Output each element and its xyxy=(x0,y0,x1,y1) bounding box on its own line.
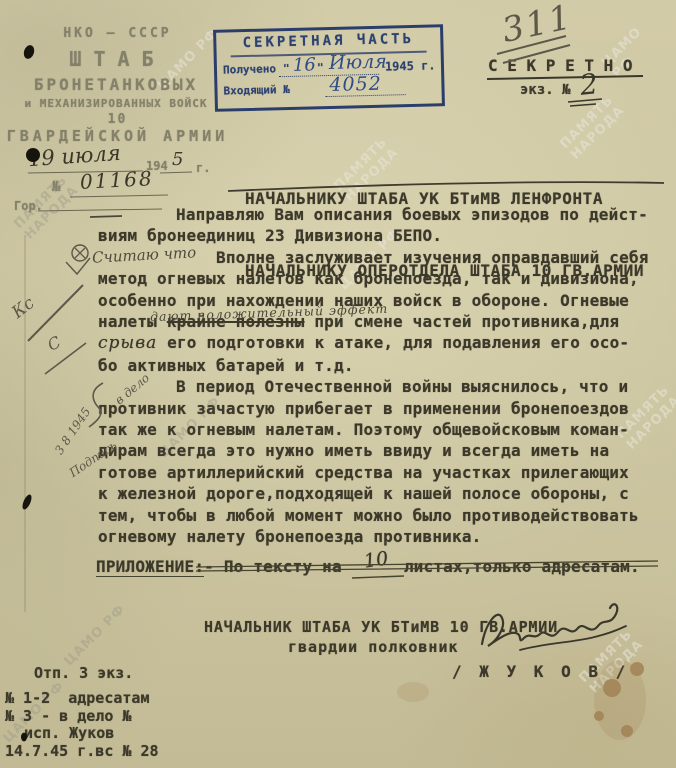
attachment-text-1: - По тексту на xyxy=(204,557,342,576)
circled-x-cross xyxy=(75,248,85,258)
body-line: метод огневых налетов как бронепоезда, т… xyxy=(98,268,660,289)
body-line: готове артиллерийский средства на участк… xyxy=(98,462,660,483)
letterhead-number-label: № xyxy=(52,179,60,195)
copy-number-handwritten: 2 xyxy=(578,67,599,102)
body-line: бо активных батарей и т.д. xyxy=(98,355,660,376)
stamp-title: СЕКРЕТНАЯ ЧАСТЬ xyxy=(216,30,440,51)
stain xyxy=(621,725,633,737)
signer-name-typed: / Ж У К О В / xyxy=(452,662,629,681)
secrecy-label: С Е К Р Е Т Н О xyxy=(488,56,633,75)
attachment-label: ПРИЛОЖЕНИЕ: xyxy=(96,557,204,577)
margin-mark-s: С xyxy=(44,332,64,355)
stamp-incoming-label: Входящий № xyxy=(223,83,290,98)
handwritten-word-sryva: срыва xyxy=(98,333,157,353)
watermark-pamyat: ПАМЯТЬ НАРОДА xyxy=(576,617,655,696)
letterhead-city-label: Гор. xyxy=(14,199,43,213)
stamp-quote-open: " xyxy=(283,62,290,75)
stamp-month-handwritten: Июля xyxy=(329,51,388,74)
body-segment: его подготовки к атаке, для подавления е… xyxy=(157,333,629,352)
letterhead-line-armored: БРОНЕТАНКОВЫХ xyxy=(0,75,236,94)
body-line: срыва его подготовки к атаке, для подавл… xyxy=(98,332,660,354)
scanned-document-page: ЦАМО РФ ЦАМО РФ ПАМЯТЬ НАРОДА ПАМЯТЬ НАР… xyxy=(0,0,676,768)
stain xyxy=(630,662,644,676)
footer-addressees-line: № 1-2 адресатам xyxy=(5,689,150,707)
body-line: огневому налету бронепоезда противника. xyxy=(98,526,660,547)
attachment-line: ПРИЛОЖЕНИЕ:- По тексту на10листах,только… xyxy=(96,556,640,577)
copy-number-label: экз. № xyxy=(520,82,571,98)
letterhead-year-suffix: г. xyxy=(196,161,210,175)
stamp-received-label: Получено xyxy=(223,62,276,76)
body-line: Направляю Вам описания боевых эпизодов п… xyxy=(98,204,660,225)
body-line: дирам всегда это нужно иметь ввиду и все… xyxy=(98,440,660,461)
letterhead-org: НКО — СССР xyxy=(5,26,230,41)
letterhead-line-shtab: ШТАБ xyxy=(5,47,230,71)
watermark-camo: ЦАМО РФ xyxy=(61,602,128,669)
footer-date-line: 14.7.45 г.вс № 28 xyxy=(5,742,159,760)
secrecy-underline xyxy=(487,76,643,79)
stamp-day-handwritten: 16 xyxy=(293,54,316,76)
body-line: тем, чтобы в любой момент можно было про… xyxy=(98,505,660,526)
body-line: противник зачастую прибегает в применени… xyxy=(98,398,660,419)
footer-executor-line: исп. Жуков xyxy=(24,724,114,742)
footer-copies-line: Отп. 3 экз. xyxy=(34,664,133,682)
signer-rank: гвардии полковник xyxy=(288,638,459,656)
circled-x-mark xyxy=(72,245,88,261)
letterhead-year-handwritten: 5 xyxy=(172,149,183,170)
letterhead-line-mech: и МЕХАНИЗИРОВАННЫХ ВОЙСК xyxy=(0,97,236,110)
stain xyxy=(594,711,604,721)
check-mark xyxy=(66,258,90,274)
letterhead-date-handwritten: 19 июля xyxy=(27,141,121,171)
margin-diagonal-note: 3 8 1945 xyxy=(52,405,93,457)
attachment-pages-handwritten: 10 xyxy=(363,548,390,573)
secret-section-stamp-box: СЕКРЕТНАЯ ЧАСТЬ Получено " 16 " Июля 194… xyxy=(213,24,445,112)
ink-blot xyxy=(21,493,34,510)
body-line: В период Отечественной войны выяснилось,… xyxy=(98,376,660,397)
stamp-quote-close: " xyxy=(317,61,324,74)
body-line: к железной дороге,подходящей к нашей пол… xyxy=(98,483,660,504)
letterhead-line-10: 10 xyxy=(5,112,230,127)
letterhead-number-handwritten: 01168 xyxy=(79,166,154,194)
signer-title: НАЧАЛЬНИК ШТАБА УК БТиМВ 10 ГВ.АРМИИ xyxy=(204,618,558,636)
margin-mark-ks: Кс xyxy=(8,293,38,323)
archive-page-number-handwritten: 311 xyxy=(499,0,577,51)
faint-stain xyxy=(397,682,429,702)
footer-file-line: № 3 - в дело № xyxy=(5,707,131,725)
body-line: так же к огневым налетам. Поэтому общево… xyxy=(98,419,660,440)
stain xyxy=(603,679,621,697)
stamp-incoming-number-handwritten: 4052 xyxy=(329,73,382,96)
stamp-year-printed: 1945 г. xyxy=(385,58,436,73)
